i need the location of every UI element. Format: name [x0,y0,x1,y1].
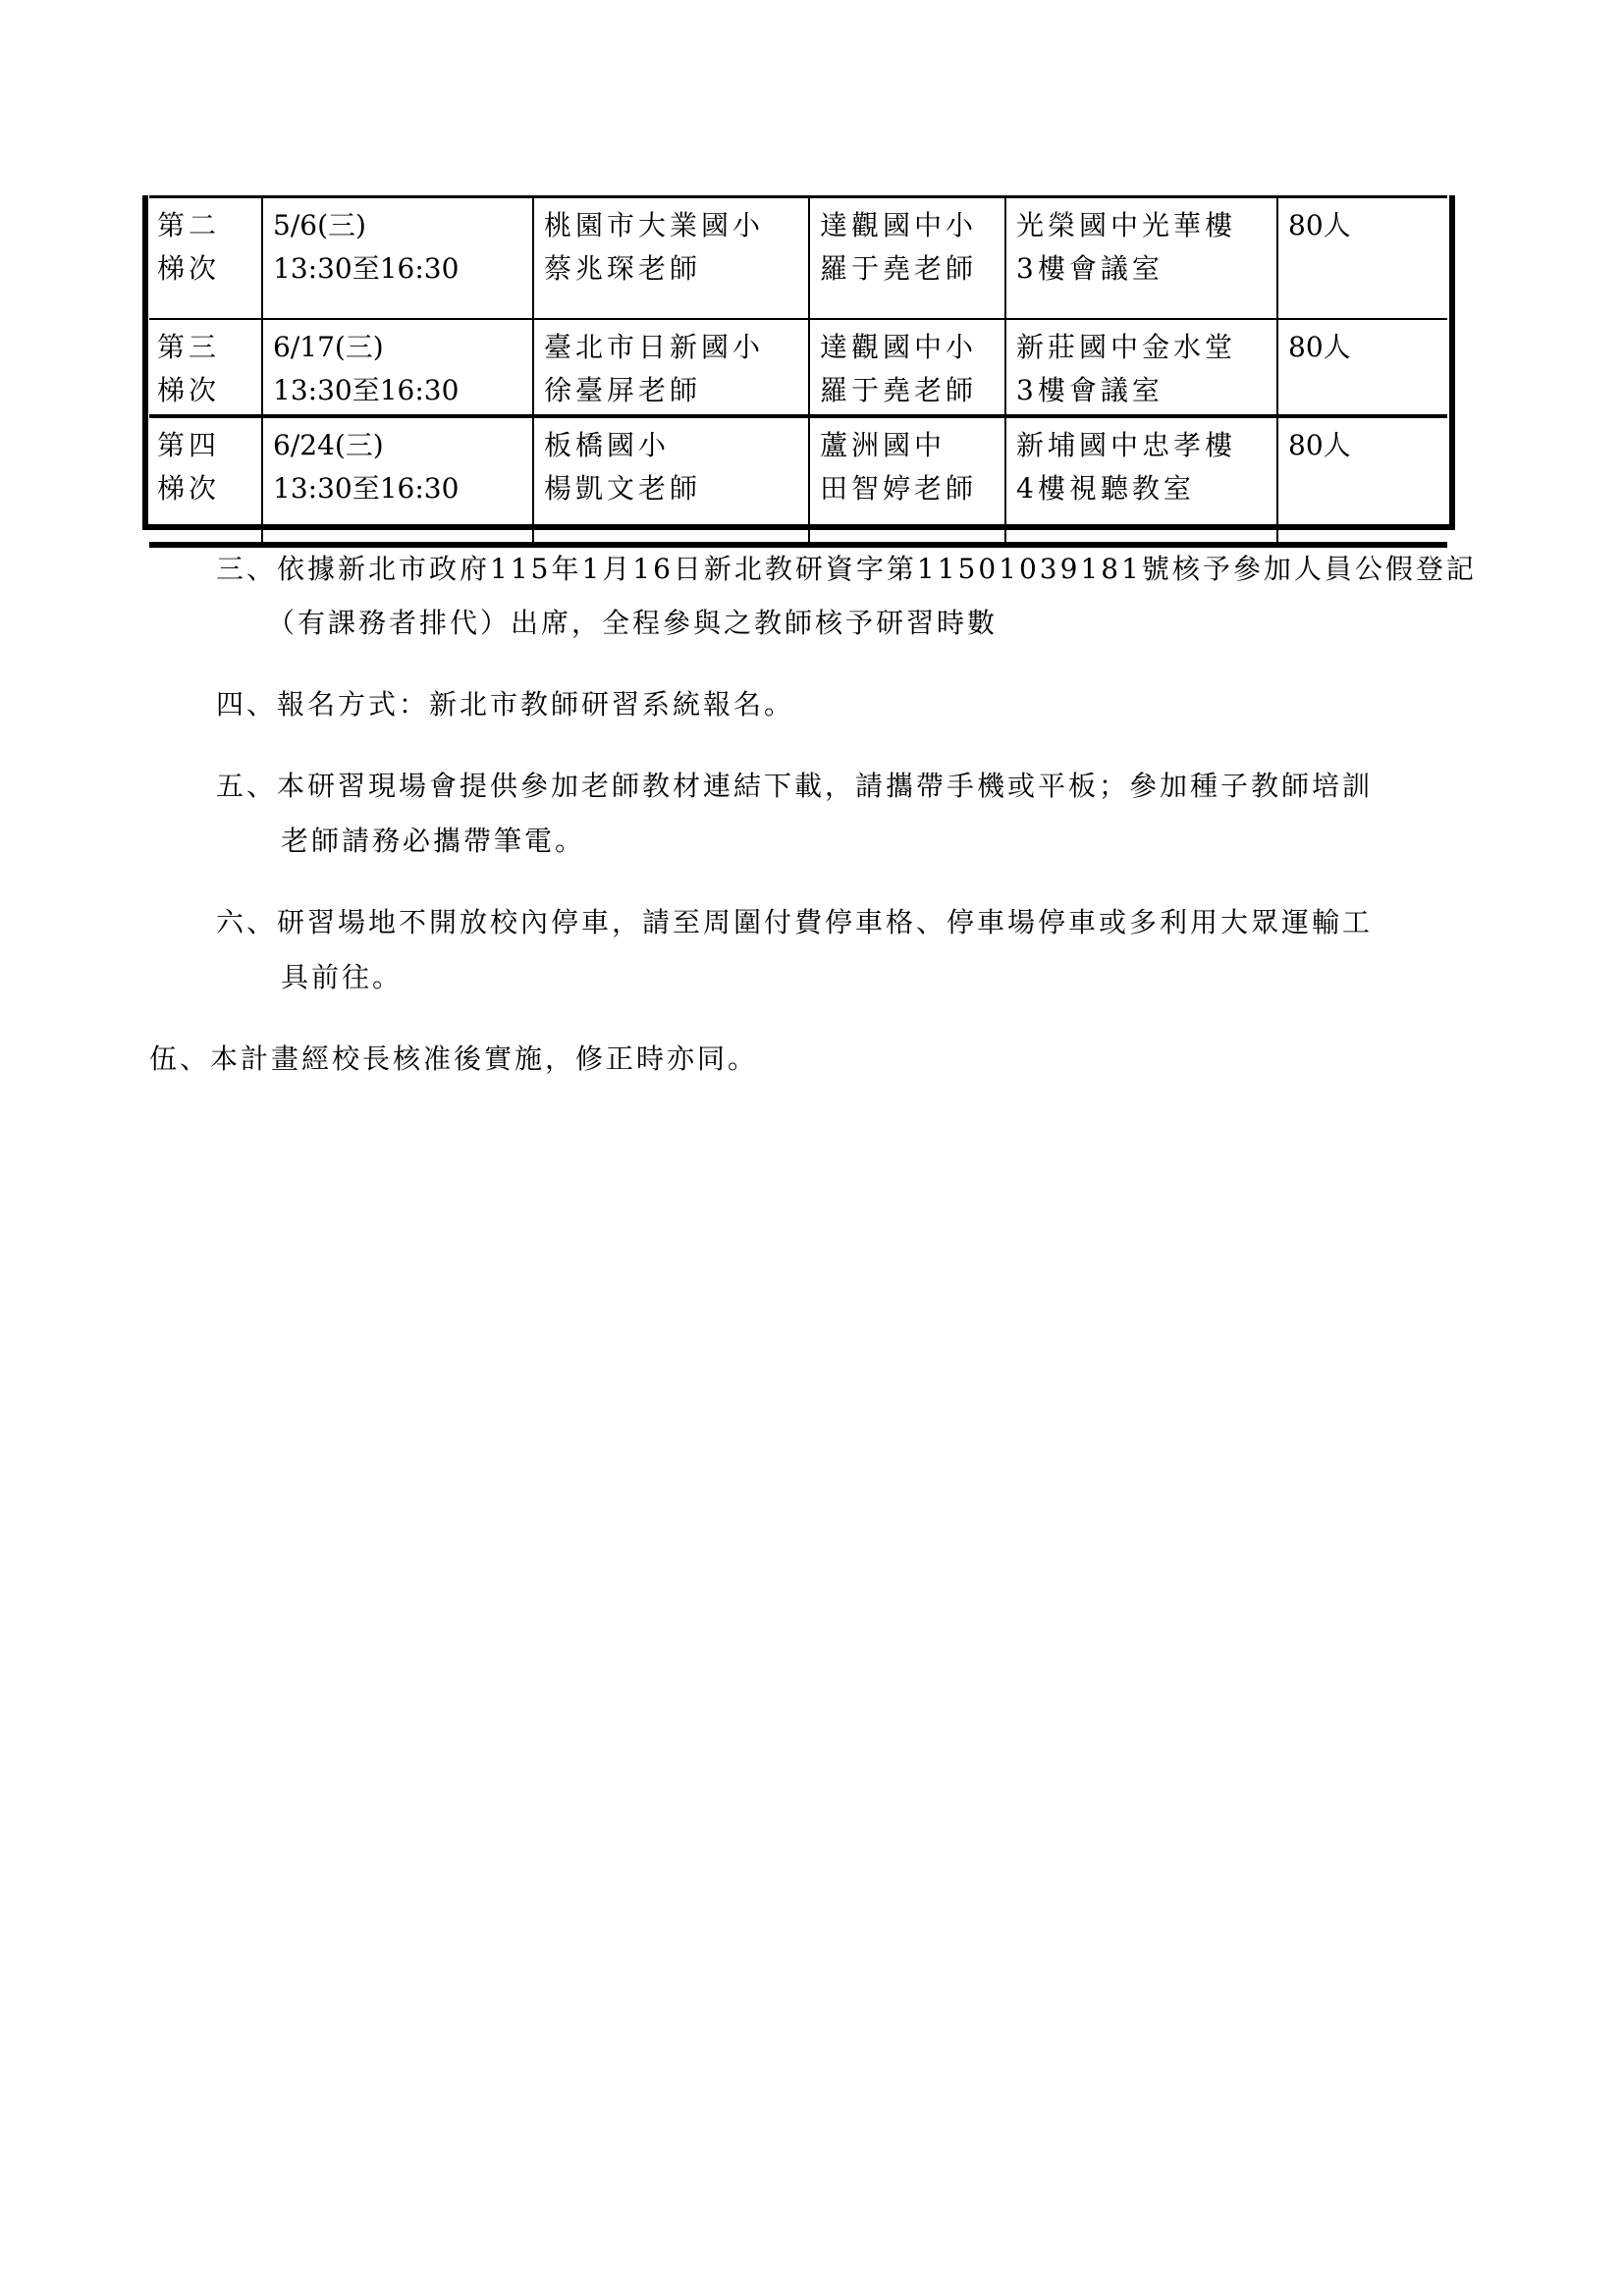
assistant-name: 羅于堯老師 [820,369,995,412]
speaker-name: 蔡兆琛老師 [544,247,798,291]
table-row: 第四 梯次 6/24(三) 13:30至16:30 板橋國小 楊凱文老師 蘆洲國… [149,416,1447,545]
table-row: 第三 梯次 6/17(三) 13:30至16:30 臺北市日新國小 徐臺屏老師 … [149,319,1447,416]
cell-venue: 新莊國中金水堂 3樓會議室 [1005,319,1277,416]
cell-period: 第四 梯次 [149,416,262,545]
capacity-value: 80人 [1288,424,1437,467]
venue-building: 新莊國中金水堂 [1016,326,1267,369]
cell-speaker: 臺北市日新國小 徐臺屏老師 [533,319,809,416]
item-three-line2: （有課務者排代）出席，全程參與之教師核予研習時數 [267,606,998,641]
assistant-name: 田智婷老師 [820,467,995,510]
cell-capacity: 80人 [1277,319,1447,416]
cell-speaker: 板橋國小 楊凱文老師 [533,416,809,545]
section-five: 伍、本計畫經校長核准後實施，修正時亦同。 [149,1041,758,1077]
capacity-value: 80人 [1288,204,1437,247]
assistant-name: 羅于堯老師 [820,247,995,291]
cell-venue: 新埔國中忠孝樓 4樓視聽教室 [1005,416,1277,545]
period-line: 梯次 [157,467,251,510]
assistant-school: 蘆洲國中 [820,424,995,467]
period-line: 梯次 [157,247,251,291]
schedule-table-wrapper: 第二 梯次 5/6(三) 13:30至16:30 桃園市大業國小 蔡兆琛老師 達… [149,195,1447,523]
cell-datetime: 5/6(三) 13:30至16:30 [262,197,533,320]
cell-period: 第二 梯次 [149,197,262,320]
time-line: 13:30至16:30 [273,467,522,510]
table-row: 第二 梯次 5/6(三) 13:30至16:30 桃園市大業國小 蔡兆琛老師 達… [149,197,1447,320]
assistant-school: 達觀國中小 [820,204,995,247]
item-three-line1: 三、依據新北市政府115年1月16日新北教研資字第11501039181號核予參… [216,552,1477,587]
period-line: 第四 [157,424,251,467]
item-four-line1: 四、報名方式：新北市教師研習系統報名。 [216,687,794,722]
speaker-school: 臺北市日新國小 [544,326,798,369]
speaker-name: 楊凱文老師 [544,467,798,510]
venue-room: 3樓會議室 [1016,247,1267,291]
cell-datetime: 6/24(三) 13:30至16:30 [262,416,533,545]
time-line: 13:30至16:30 [273,369,522,412]
item-six-line2: 具前往。 [281,960,403,995]
cell-speaker: 桃園市大業國小 蔡兆琛老師 [533,197,809,320]
item-five-line1: 五、本研習現場會提供參加老師教材連結下載，請攜帶手機或平板；參加種子教師培訓 [216,769,1373,804]
cell-assistant: 達觀國中小 羅于堯老師 [809,319,1005,416]
item-five-line2: 老師請務必攜帶筆電。 [281,824,585,859]
item-six-line1: 六、研習場地不開放校內停車，請至周圍付費停車格、停車場停車或多利用大眾運輸工 [216,905,1373,940]
venue-room: 3樓會議室 [1016,369,1267,412]
cell-capacity: 80人 [1277,197,1447,320]
venue-room: 4樓視聽教室 [1016,467,1267,510]
cell-datetime: 6/17(三) 13:30至16:30 [262,319,533,416]
schedule-table: 第二 梯次 5/6(三) 13:30至16:30 桃園市大業國小 蔡兆琛老師 達… [149,195,1447,548]
capacity-value: 80人 [1288,326,1437,369]
speaker-school: 桃園市大業國小 [544,204,798,247]
assistant-school: 達觀國中小 [820,326,995,369]
speaker-school: 板橋國小 [544,424,798,467]
date-line: 6/24(三) [273,424,522,467]
cell-assistant: 達觀國中小 羅于堯老師 [809,197,1005,320]
date-line: 5/6(三) [273,204,522,247]
document-page: 第二 梯次 5/6(三) 13:30至16:30 桃園市大業國小 蔡兆琛老師 達… [0,0,1624,2296]
date-line: 6/17(三) [273,326,522,369]
cell-assistant: 蘆洲國中 田智婷老師 [809,416,1005,545]
venue-building: 新埔國中忠孝樓 [1016,424,1267,467]
venue-building: 光榮國中光華樓 [1016,204,1267,247]
cell-period: 第三 梯次 [149,319,262,416]
speaker-name: 徐臺屏老師 [544,369,798,412]
period-line: 第二 [157,204,251,247]
period-line: 梯次 [157,369,251,412]
cell-capacity: 80人 [1277,416,1447,545]
cell-venue: 光榮國中光華樓 3樓會議室 [1005,197,1277,320]
period-line: 第三 [157,326,251,369]
time-line: 13:30至16:30 [273,247,522,291]
